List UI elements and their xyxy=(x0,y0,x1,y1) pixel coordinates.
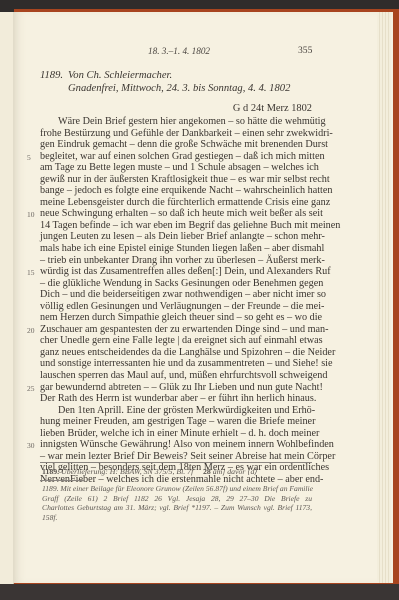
commentary-line: 1189. Mit einer Beilage für Eleonore Gru… xyxy=(42,484,312,494)
line-number: 10 xyxy=(27,210,35,219)
apparatus-variant-text: am] davor ⟨d⟩ xyxy=(213,467,258,476)
text-line: bange – jedoch es folgte eine erquikende… xyxy=(40,185,312,197)
text-line: Den 1ten Aprill. Eine der grösten Merkwü… xyxy=(40,405,312,417)
text-line: völlig edlen Gesinungen und Verläugnunge… xyxy=(40,301,312,313)
text-line: Zuschauer am gespantesten der zu erwarte… xyxy=(40,324,312,336)
text-line: innigsten Wünsche Gewährung! Also von me… xyxy=(40,439,312,451)
line-number: 30 xyxy=(27,441,35,450)
background-bottom xyxy=(0,584,399,600)
text-line: würdig ist das Zusamentreffen alles deße… xyxy=(40,266,312,278)
running-head: 18. 3.–1. 4. 1802 xyxy=(148,46,210,56)
commentary-notes: 1189. Mit einer Beilage für Eleonore Gru… xyxy=(42,484,312,522)
text-line: cher Unedle gern eine Falle legte | da e… xyxy=(40,335,312,347)
text-line: am Tage zu Bette legen muste – und 1 Sch… xyxy=(40,162,312,174)
commentary-line: Graff (Zeile 61) 2 Brief 1182 26 Vgl. Je… xyxy=(42,494,312,504)
text-line: gen Eindruk gemacht – denn die große Sch… xyxy=(40,139,312,151)
textual-apparatus: 1189. Überlieferung: H: BBAW, SN 375/5, … xyxy=(42,467,257,476)
text-line: lieben Brüder, welche ich in einer Minut… xyxy=(40,428,312,440)
letter-title: Von Ch. Schleiermacher. xyxy=(68,70,172,81)
text-line: hung meiner Freuden, am gestrigen Tage –… xyxy=(40,416,312,428)
text-line: gewiß nur in der äußersten Kraftlosigkei… xyxy=(40,174,312,186)
text-line: Wäre Dein Brief gestern hier angekomen –… xyxy=(40,116,312,128)
text-line: 14 Tagen befinde – ich war eben im Begri… xyxy=(40,220,312,232)
apparatus-text: Überlieferung: H: BBAW, SN 375/5, Bl. 7f xyxy=(61,467,193,476)
letter-number: 1189. xyxy=(40,70,63,81)
text-line: lauschen sperren das Maul auf, und, müße… xyxy=(40,370,312,382)
apparatus-number: 1189. xyxy=(42,467,59,476)
facing-page-edge xyxy=(0,12,14,585)
text-line: frohe Bestürzung und Gefühle der Dankbar… xyxy=(40,128,312,140)
text-line: – trieb ein unbekanter Drang ihn vorher … xyxy=(40,255,312,267)
text-line: – war mein lezter Brief Dir Beweis? Seit… xyxy=(40,451,312,463)
line-number: 20 xyxy=(27,326,35,335)
apparatus-variant-line: 28 xyxy=(203,467,211,476)
text-line: Dich – und die beiderseitigen zwar nothw… xyxy=(40,289,312,301)
text-line: – die glükliche Wendung in Sacks Gesinun… xyxy=(40,278,312,290)
text-line: jungen Leuten zu lesen – als Dein lieber… xyxy=(40,231,312,243)
line-number: 25 xyxy=(27,384,35,393)
text-line: meine Lebensgeister durch die fürchterli… xyxy=(40,197,312,209)
letter-dateline: G d 24t Merz 1802 xyxy=(233,103,312,114)
text-line: gar bewundernd abtreten – – Glük zu Ihr … xyxy=(40,382,312,394)
commentary-line: Charlottes Geburtstag am 31. März; vgl. … xyxy=(42,503,312,513)
text-line: mals habe ich eine Epistel einige Stunde… xyxy=(40,243,312,255)
letter-subtitle: Gnadenfrei, Mittwoch, 24. 3. bis Sonntag… xyxy=(68,83,290,94)
apparatus-rule xyxy=(40,462,312,463)
text-line: neue Schwingung erhalten – so daß ich he… xyxy=(40,208,312,220)
line-number: 15 xyxy=(27,268,35,277)
page-number: 355 xyxy=(298,45,312,56)
page-stack-edge xyxy=(377,12,391,583)
text-line: und sonstige interressanten hie und da z… xyxy=(40,358,312,370)
letter-body: Wäre Dein Brief gestern hier angekomen –… xyxy=(40,116,312,486)
commentary-rule xyxy=(40,480,85,481)
commentary-line: 158f. xyxy=(42,513,312,523)
text-line: ganz neues entscheidendes da die Langhäl… xyxy=(40,347,312,359)
text-line: Der Rath des Herrn ist wunderbar aber – … xyxy=(40,393,312,405)
text-line: begleitet, war auf einen solchen Grad ge… xyxy=(40,151,312,163)
text-line: nem Herzen durch Simpathie gleich theuer… xyxy=(40,312,312,324)
line-number: 5 xyxy=(27,153,31,162)
